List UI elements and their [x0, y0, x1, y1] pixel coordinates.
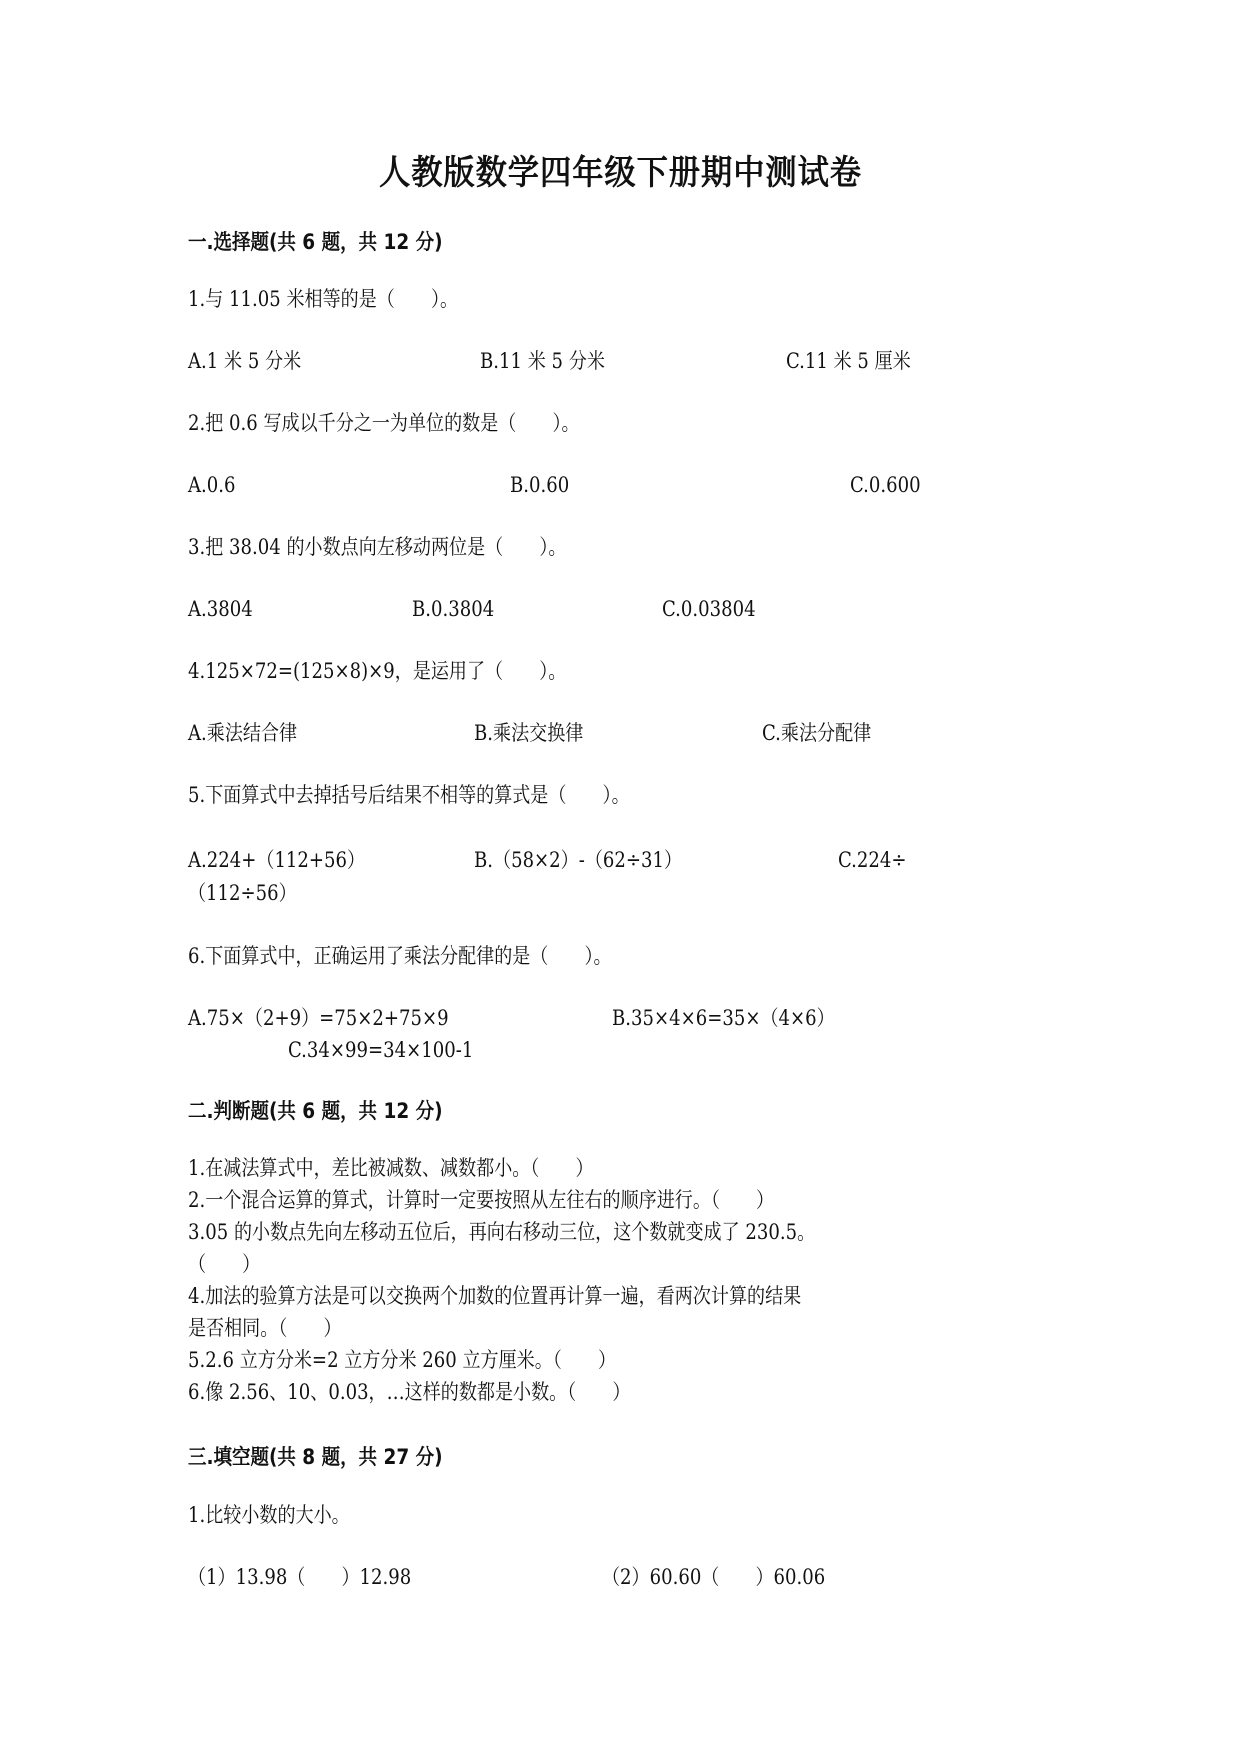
compare-part-2: （2）60.60（ ）60.06	[602, 1567, 825, 1588]
option-a: A.75×（2+9）=75×2+75×9	[188, 1008, 449, 1029]
true-false-line: 5.2.6 立方分米=2 立方分米 260 立方厘米。（ ）	[188, 1350, 616, 1371]
question-stem: 1.比较小数的大小。	[188, 1505, 350, 1526]
true-false-line: 1.在减法算式中，差比被减数、减数都小。（ ）	[188, 1158, 594, 1179]
true-false-line: 3.05 的小数点先向左移动五位后，再向右移动三位，这个数就变成了 230.5。	[188, 1222, 815, 1243]
option-c: C.乘法分配律	[762, 723, 871, 744]
question-stem: 1.与 11.05 米相等的是（ ）。	[188, 289, 458, 310]
section-heading-fill-blank: 三.填空题(共 8 题，共 27 分)	[188, 1447, 443, 1468]
true-false-line: 6.像 2.56、10、0.03，…这样的数都是小数。（ ）	[188, 1382, 630, 1403]
option-a: A.224+（112+56）	[188, 850, 365, 871]
option-c-continued: （112÷56）	[188, 883, 297, 904]
true-false-line: 4.加法的验算方法是可以交换两个加数的位置再计算一遍，看两次计算的结果	[188, 1286, 801, 1307]
option-b: B.（58×2）-（62÷31）	[474, 850, 682, 871]
question-stem: 5.下面算式中去掉括号后结果不相等的算式是（ ）。	[188, 785, 630, 806]
option-c: C.0.600	[850, 475, 921, 496]
question-stem: 4.125×72=(125×8)×9，是运用了（ ）。	[188, 661, 566, 682]
option-b: B.0.60	[510, 475, 569, 496]
option-b: B.35×4×6=35×（4×6）	[612, 1008, 835, 1029]
true-false-line: 是否相同。（ ）	[188, 1318, 342, 1339]
option-b: B.0.3804	[412, 599, 494, 620]
section-heading-choice: 一.选择题(共 6 题，共 12 分)	[188, 232, 443, 253]
option-a: A.3804	[188, 599, 253, 620]
section-heading-true-false: 二.判断题(共 6 题，共 12 分)	[188, 1101, 443, 1122]
page-title: 人教版数学四年级下册期中测试卷	[50, 156, 1192, 190]
option-c: C.0.03804	[662, 599, 756, 620]
option-c: C.34×99=34×100-1	[288, 1040, 473, 1061]
question-stem: 6.下面算式中，正确运用了乘法分配律的是（ ）。	[188, 946, 612, 967]
option-b: B.乘法交换律	[474, 723, 583, 744]
option-c: C.11 米 5 厘米	[786, 351, 911, 372]
exam-page: 人教版数学四年级下册期中测试卷 一.选择题(共 6 题，共 12 分) 1.与 …	[0, 0, 1241, 1755]
compare-part-1: （1）13.98（ ）12.98	[188, 1567, 411, 1588]
option-b: B.11 米 5 分米	[480, 351, 605, 372]
option-a: A.乘法结合律	[188, 723, 297, 744]
question-stem: 3.把 38.04 的小数点向左移动两位是（ ）。	[188, 537, 566, 558]
question-stem: 2.把 0.6 写成以千分之一为单位的数是（ ）。	[188, 413, 580, 434]
option-a: A.1 米 5 分米	[188, 351, 301, 372]
true-false-line: （ ）	[188, 1254, 260, 1275]
option-c: C.224÷	[838, 850, 907, 871]
true-false-line: 2.一个混合运算的算式，计算时一定要按照从左往右的顺序进行。（ ）	[188, 1190, 774, 1211]
option-a: A.0.6	[188, 475, 236, 496]
